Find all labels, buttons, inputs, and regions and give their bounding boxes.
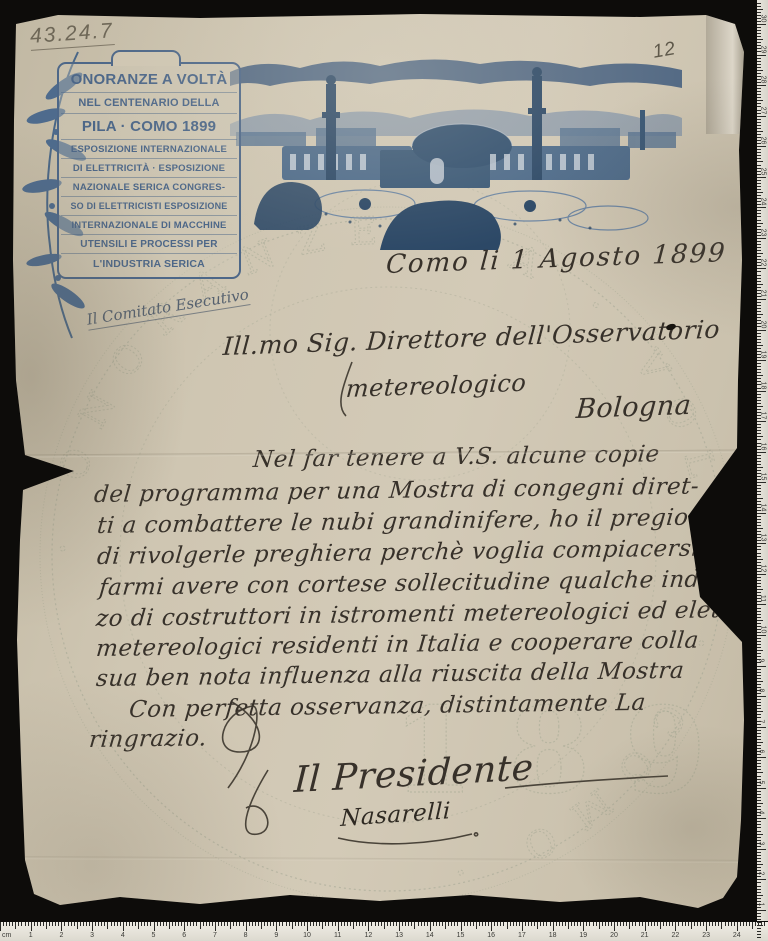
ruler-number: 7 — [213, 932, 217, 939]
ruler-number: 2 — [757, 872, 764, 876]
ruler-tick — [476, 922, 477, 929]
ruler-number: 8 — [244, 932, 248, 939]
ruler-tick — [49, 922, 50, 926]
ruler-tick — [757, 675, 761, 676]
ruler-tick — [757, 876, 761, 877]
ruler-tick — [663, 922, 664, 926]
ruler-tick — [605, 922, 606, 926]
ruler-tick — [757, 256, 761, 257]
ruler-tick — [757, 302, 761, 303]
ruler-tick — [757, 424, 761, 425]
ruler-tick — [757, 519, 761, 520]
ruler-tick — [298, 922, 299, 926]
ruler-tick — [757, 919, 761, 920]
ruler-tick — [737, 922, 738, 931]
ruler-tick — [614, 922, 615, 931]
ruler-tick — [757, 271, 761, 272]
ruler-tick — [31, 922, 32, 931]
ruler-tick — [757, 892, 761, 893]
ruler-tick — [534, 922, 535, 926]
ruler-tick — [562, 922, 563, 926]
ruler-tick — [757, 226, 761, 227]
ruler-tick — [757, 635, 766, 636]
ruler-tick — [3, 922, 4, 926]
ruler-tick — [757, 522, 761, 523]
ruler-tick — [757, 791, 761, 792]
ruler-tick — [316, 922, 317, 926]
ruler-tick — [40, 922, 41, 926]
ruler-tick — [359, 922, 360, 926]
letterhead-box: ONORANZE A VOLTÀNEL CENTENARIO DELLAPILA… — [57, 62, 241, 279]
ruler-tick — [757, 278, 761, 279]
ruler-tick — [757, 931, 761, 932]
closing-role: Il Presidente — [293, 747, 535, 801]
ruler-tick — [757, 366, 761, 367]
ruler-tick — [757, 27, 761, 28]
ruler-tick — [757, 158, 761, 159]
ruler-tick — [0, 922, 1, 931]
ruler-tick — [273, 922, 274, 926]
ruler-tick — [757, 421, 766, 422]
ruler-tick — [697, 922, 698, 926]
ruler-tick — [338, 922, 339, 931]
ruler-tick — [757, 717, 761, 718]
ruler-tick — [347, 922, 348, 926]
ruler-tick — [757, 525, 761, 526]
ruler-tick — [757, 305, 761, 306]
ruler-number: 10 — [303, 932, 311, 939]
recipient-line: Ill.mo Sig. Direttore dell'Osservatorio — [222, 315, 721, 361]
ruler-tick — [757, 702, 761, 703]
ruler-tick — [221, 922, 222, 926]
ruler-tick — [212, 922, 213, 926]
ruler-tick — [757, 250, 761, 251]
ruler-tick — [632, 922, 633, 926]
letterhead-lines: ONORANZE A VOLTÀNEL CENTENARIO DELLAPILA… — [61, 67, 237, 274]
ruler-tick — [757, 61, 761, 62]
ruler-tick — [757, 730, 761, 731]
body-line: ti a combattere le nubi grandinifere, ho… — [96, 505, 690, 539]
ruler-tick — [757, 760, 761, 761]
ruler-tick — [322, 922, 323, 929]
ruler-tick — [706, 922, 707, 931]
ruler-tick — [629, 922, 630, 929]
ruler-tick — [6, 922, 7, 926]
ruler-tick — [757, 161, 763, 162]
letterhead-line: DI ELETTRICITÀ · ESPOSIZIONE — [61, 159, 237, 178]
ruler-tick — [470, 922, 471, 926]
ruler-tick — [589, 922, 590, 926]
ruler-tick — [537, 922, 538, 929]
ruler-tick — [494, 922, 495, 926]
ruler-tick — [743, 922, 744, 926]
ruler-tick — [757, 641, 761, 642]
ruler-tick — [147, 922, 148, 926]
ruler-tick — [172, 922, 173, 926]
ruler-tick — [190, 922, 191, 926]
ruler-tick — [757, 889, 761, 890]
ruler-tick — [757, 696, 766, 697]
ruler-tick — [757, 436, 763, 437]
exposition-panorama-illustration — [230, 54, 682, 252]
letterhead-line: ESPOSIZIONE INTERNAZIONALE — [61, 140, 237, 159]
ruler-tick — [757, 669, 761, 670]
ruler-tick — [301, 922, 302, 926]
ruler-tick — [101, 922, 102, 926]
ruler-number: 23 — [759, 228, 766, 236]
letterhead-line: L'INDUSTRIA SERICA — [61, 254, 237, 274]
ruler-tick — [464, 922, 465, 926]
ruler-tick — [390, 922, 391, 926]
ruler-tick — [757, 882, 761, 883]
ruler-tick — [757, 708, 761, 709]
ruler-tick — [757, 644, 761, 645]
ruler-tick — [18, 922, 19, 926]
ruler-tick — [757, 549, 761, 550]
ruler-tick — [209, 922, 210, 926]
ruler-tick — [685, 922, 686, 926]
letterhead-line: NAZIONALE SERICA CONGRES- — [61, 178, 237, 197]
ruler-tick — [757, 846, 761, 847]
ruler-tick — [123, 922, 124, 931]
ruler-tick — [757, 623, 761, 624]
ruler-tick — [757, 281, 761, 282]
ruler-tick — [556, 922, 557, 926]
ruler-number: 9 — [757, 658, 764, 662]
ruler-tick — [282, 922, 283, 926]
ruler-tick — [365, 922, 366, 926]
ruler-tick — [602, 922, 603, 926]
ruler-tick — [178, 922, 179, 926]
ruler-tick — [757, 73, 761, 74]
ruler-tick — [757, 827, 761, 828]
ruler-tick — [757, 672, 761, 673]
ruler-number: 11 — [334, 932, 341, 939]
ruler-tick — [439, 922, 440, 926]
ruler-tick — [757, 693, 761, 694]
letterhead-line: PILA · COMO 1899 — [61, 114, 237, 140]
ruler-tick — [757, 333, 761, 334]
ruler-tick — [540, 922, 541, 926]
ruler-tick — [757, 531, 761, 532]
ruler-tick — [408, 922, 409, 926]
ruler-tick — [757, 577, 761, 578]
ruler-tick — [187, 922, 188, 926]
ruler-tick — [746, 922, 747, 926]
ruler-tick — [757, 647, 761, 648]
ruler-tick — [433, 922, 434, 926]
ruler-tick — [728, 922, 729, 926]
ruler-tick — [757, 30, 761, 31]
ruler-tick — [757, 650, 763, 651]
ruler-number: 20 — [610, 932, 618, 939]
ruler-tick — [28, 922, 29, 926]
ruler-tick — [757, 583, 761, 584]
ruler-number: 8 — [757, 689, 764, 693]
ruler-tick — [757, 36, 761, 37]
bottom-ruler: cm 1234567891011121314151617181920212223… — [0, 922, 768, 941]
ruler-tick — [757, 705, 761, 706]
ruler-tick — [757, 103, 761, 104]
ruler-tick — [757, 803, 763, 804]
ruler-tick — [61, 922, 62, 931]
ruler-tick — [757, 268, 766, 269]
ruler-tick — [175, 922, 176, 926]
ruler-tick — [757, 681, 763, 682]
ruler-tick — [457, 922, 458, 926]
ruler-tick — [757, 898, 761, 899]
ruler-number: 14 — [759, 503, 766, 511]
ruler-tick — [757, 766, 761, 767]
ruler-tick — [757, 806, 761, 807]
ruler-tick — [405, 922, 406, 926]
ruler-tick — [325, 922, 326, 926]
ruler-number: 11 — [759, 595, 766, 602]
ruler-tick — [757, 861, 761, 862]
ruler-tick — [95, 922, 96, 926]
ruler-number: 12 — [364, 932, 372, 939]
ruler-tick — [757, 403, 761, 404]
ruler-tick — [516, 922, 517, 926]
ruler-tick — [21, 922, 22, 926]
ruler-tick — [117, 922, 118, 926]
ruler-tick — [757, 562, 761, 563]
ruler-tick — [68, 922, 69, 926]
ruler-tick — [519, 922, 520, 926]
ruler-tick — [757, 116, 766, 117]
ruler-tick — [249, 922, 250, 926]
ruler-tick — [731, 922, 732, 926]
ruler-tick — [565, 922, 566, 926]
ruler-tick — [757, 213, 761, 214]
ruler-tick — [279, 922, 280, 926]
ruler-tick — [757, 513, 766, 514]
ruler-number: 26 — [759, 137, 766, 145]
ruler-tick — [442, 922, 443, 926]
ruler-tick — [757, 33, 761, 34]
ruler-tick — [206, 922, 207, 926]
ruler-tick — [608, 922, 609, 926]
page-number-annotation: 12 — [651, 38, 678, 64]
ruler-number: 13 — [759, 534, 766, 542]
ruler-tick — [473, 922, 474, 926]
ruler-tick — [531, 922, 532, 926]
ruler-tick — [757, 763, 761, 764]
body-line: di rivolgerle preghiera perchè voglia co… — [96, 536, 700, 570]
ruler-tick — [757, 308, 761, 309]
ruler-tick — [757, 97, 761, 98]
ruler-tick — [757, 818, 766, 819]
ruler-tick — [757, 739, 761, 740]
letterhead-line: UTENSILI E PROCESSI PER — [61, 235, 237, 254]
ruler-tick — [757, 24, 766, 25]
ruler-tick — [757, 559, 763, 560]
ruler-tick — [740, 922, 741, 926]
ruler-number: 14 — [426, 932, 434, 939]
ruler-tick — [700, 922, 701, 926]
ruler-tick — [362, 922, 363, 926]
ruler-tick — [335, 922, 336, 926]
ruler-tick — [479, 922, 480, 926]
ruler-tick — [757, 152, 761, 153]
ruler-tick — [184, 922, 185, 931]
ruler-tick — [757, 12, 761, 13]
committee-note: Il Comitato Esecutivo — [85, 285, 250, 330]
ruler-number: 15 — [457, 932, 465, 939]
ruler-tick — [660, 922, 661, 929]
ruler-tick — [559, 922, 560, 926]
ruler-tick — [485, 922, 486, 926]
ruler-tick — [757, 427, 761, 428]
ruler-number: 28 — [759, 76, 766, 84]
ruler-tick — [451, 922, 452, 926]
ruler-tick — [688, 922, 689, 926]
body-line: Nel far tenere a V.S. alcune copie — [252, 441, 661, 473]
ruler-tick — [757, 617, 761, 618]
ruler-tick — [757, 91, 761, 92]
ruler-number: 25 — [759, 167, 766, 175]
ruler-tick — [757, 788, 766, 789]
ruler-tick — [757, 831, 761, 832]
ruler-tick — [757, 553, 761, 554]
ruler-number: 15 — [759, 473, 766, 481]
ruler-tick — [215, 922, 216, 931]
ruler-tick — [757, 913, 761, 914]
ruler-tick — [757, 207, 766, 208]
ruler-tick — [757, 299, 766, 300]
ruler-tick — [89, 922, 90, 926]
ruler-tick — [328, 922, 329, 926]
ruler-tick — [648, 922, 649, 926]
ruler-tick — [200, 922, 201, 929]
ruler-number: 3 — [90, 932, 94, 939]
ruler-tick — [233, 922, 234, 926]
ruler-number: 4 — [121, 932, 125, 939]
ruler-tick — [757, 776, 761, 777]
ruler-tick — [757, 360, 766, 361]
ruler-tick — [757, 275, 761, 276]
ruler-tick — [507, 922, 508, 929]
ruler-tick — [669, 922, 670, 926]
ruler-tick — [757, 134, 761, 135]
ruler-tick — [672, 922, 673, 926]
ruler-tick — [157, 922, 158, 926]
ruler-tick — [510, 922, 511, 926]
ruler-tick — [757, 220, 761, 221]
ruler-tick — [580, 922, 581, 926]
ruler-tick — [757, 439, 761, 440]
ruler-tick — [356, 922, 357, 926]
ruler-tick — [757, 149, 761, 150]
ruler-tick — [757, 180, 761, 181]
ruler-tick — [757, 241, 761, 242]
ruler-tick — [488, 922, 489, 926]
ruler-tick — [757, 146, 766, 147]
ruler-tick — [757, 638, 761, 639]
ruler-number: 19 — [579, 932, 587, 939]
ruler-tick — [757, 253, 763, 254]
ruler-tick — [757, 458, 761, 459]
fold-crease — [0, 856, 768, 863]
ruler-tick — [546, 922, 547, 926]
ruler-tick — [757, 855, 761, 856]
ruler-tick — [252, 922, 253, 926]
ruler-tick — [295, 922, 296, 926]
ruler-tick — [396, 922, 397, 926]
ruler-tick — [757, 58, 761, 59]
ruler-tick — [129, 922, 130, 926]
ruler-tick — [553, 922, 554, 931]
ruler-tick — [757, 470, 761, 471]
ruler-tick — [550, 922, 551, 926]
body-line: zo di costruttori in istromenti metereol… — [95, 597, 766, 632]
ruler-tick — [654, 922, 655, 926]
ruler-tick — [757, 546, 761, 547]
ruler-tick — [497, 922, 498, 926]
ruler-tick — [691, 922, 692, 929]
ruler-tick — [757, 821, 761, 822]
ruler-tick — [757, 498, 763, 499]
ruler-tick — [757, 895, 763, 896]
ruler-tick — [255, 922, 256, 926]
ruler-tick — [144, 922, 145, 926]
ruler-unit-label: cm — [2, 932, 11, 939]
ruler-tick — [513, 922, 514, 926]
ruler-tick — [639, 922, 640, 926]
ruler-tick — [757, 797, 761, 798]
ruler-tick — [286, 922, 287, 926]
ruler-tick — [445, 922, 446, 929]
ruler-tick — [757, 516, 761, 517]
ruler-tick — [154, 922, 155, 931]
ruler-tick — [586, 922, 587, 926]
ruler-tick — [292, 922, 293, 929]
ruler-tick — [757, 342, 761, 343]
ruler-number: 29 — [759, 45, 766, 53]
ruler-tick — [757, 840, 761, 841]
ruler-number: 13 — [395, 932, 403, 939]
ruler-tick — [757, 574, 766, 575]
ruler-tick — [757, 733, 761, 734]
ruler-tick — [243, 922, 244, 926]
ruler-number: 19 — [759, 351, 766, 359]
ruler-tick — [757, 165, 761, 166]
ruler-tick — [55, 922, 56, 926]
ruler-tick — [757, 64, 761, 65]
ruler-tick — [757, 485, 761, 486]
ruler-tick — [491, 922, 492, 931]
ruler-number: 17 — [518, 932, 526, 939]
ruler-tick — [709, 922, 710, 926]
ruler-tick — [64, 922, 65, 926]
ruler-tick — [757, 852, 761, 853]
ruler-tick — [166, 922, 167, 926]
ruler-tick — [757, 378, 761, 379]
ruler-tick — [224, 922, 225, 926]
ruler-tick — [757, 452, 766, 453]
ruler-tick — [160, 922, 161, 926]
ruler-tick — [718, 922, 719, 926]
ruler-number: 23 — [702, 932, 710, 939]
ruler-tick — [757, 345, 763, 346]
ruler-tick — [734, 922, 735, 926]
ruler-tick — [111, 922, 112, 926]
ruler-tick — [138, 922, 139, 929]
ruler-tick — [757, 223, 763, 224]
ruler-tick — [757, 336, 761, 337]
letterhead-line: ONORANZE A VOLTÀ — [61, 67, 237, 93]
ruler-tick — [757, 128, 761, 129]
